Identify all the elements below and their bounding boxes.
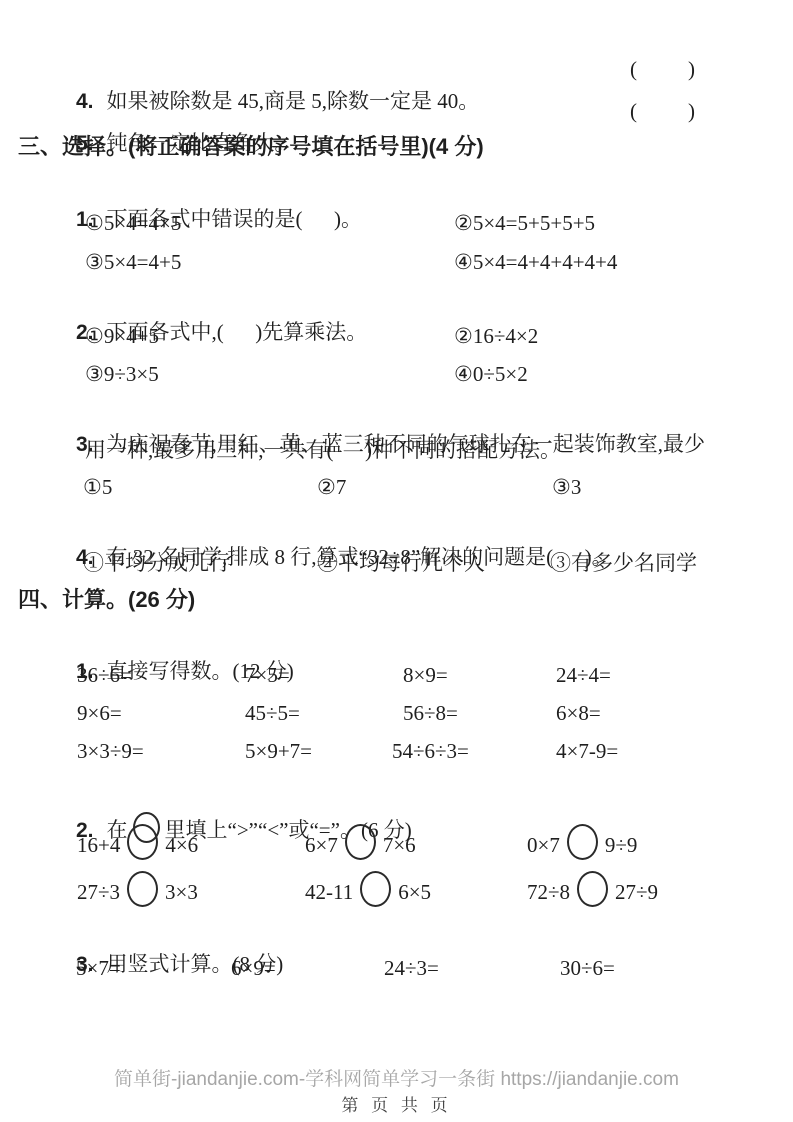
- calc-q2-row-1: 16+44×6 6×77×6 0×79÷9: [0, 824, 793, 866]
- expression: 54÷6÷3=: [392, 735, 469, 767]
- choice-q3-line2: 用一种,最多用三种,一共有( )种不同的搭配方法。: [85, 434, 561, 466]
- calc-q1-row-2: 9×6= 45÷5= 56÷8= 6×8=: [0, 697, 793, 733]
- comparison-right: 6×5: [398, 880, 431, 904]
- judge-item-5-answer-bracket: ( ): [630, 95, 696, 127]
- comparison-circle: [345, 824, 376, 860]
- comparison-right: 4×6: [165, 833, 198, 857]
- choice-q2-options-row-1: ①9×4+5 ②16÷4×2: [0, 320, 793, 356]
- expression: 5×9+7=: [245, 735, 312, 767]
- expression: 24÷3=: [384, 952, 439, 984]
- expression: 8×9=: [403, 659, 448, 691]
- choice-q1-options-row-2: ③5×4=4+5 ④5×4=4+4+4+4+4: [0, 246, 793, 282]
- comparison-circle: [360, 871, 391, 907]
- choice-q3-options-row: ①5 ②7 ③3: [0, 471, 793, 507]
- option: ②7: [317, 471, 346, 503]
- option: ④5×4=4+4+4+4+4: [454, 246, 617, 278]
- comparison-right: 9÷9: [605, 833, 638, 857]
- option: ②16÷4×2: [454, 320, 538, 352]
- comparison: 16+44×6: [77, 824, 198, 861]
- option: ③有多少名同学: [550, 547, 697, 579]
- option: ①平均分成几行: [83, 547, 230, 579]
- expression: 6×8=: [556, 697, 601, 729]
- footer-page-line: 第 页 共 页: [0, 1090, 793, 1122]
- option: ①9×4+5: [85, 320, 159, 352]
- expression: 4×7-9=: [556, 735, 618, 767]
- option: ④0÷5×2: [454, 358, 528, 390]
- comparison-circle: [567, 824, 598, 860]
- comparison-left: 16+4: [77, 833, 120, 857]
- comparison-left: 42-11: [305, 880, 353, 904]
- expression: 30÷6=: [560, 952, 615, 984]
- expression: 9×6=: [77, 697, 122, 729]
- expression: 7×5=: [245, 659, 290, 691]
- expression: 56÷8=: [403, 697, 458, 729]
- comparison-left: 0×7: [527, 833, 560, 857]
- comparison-circle: [127, 824, 158, 860]
- comparison-left: 72÷8: [527, 880, 570, 904]
- comparison-right: 27÷9: [615, 880, 658, 904]
- comparison-left: 27÷3: [77, 880, 120, 904]
- option: ③3: [552, 471, 581, 503]
- expression: 45÷5=: [245, 697, 300, 729]
- expression: 36÷6=: [77, 659, 132, 691]
- choice-q2-options-row-2: ③9÷3×5 ④0÷5×2: [0, 358, 793, 394]
- option: ③5×4=4+5: [85, 246, 181, 278]
- option: ①5×4=4×5: [85, 207, 181, 239]
- comparison: 27÷33×3: [77, 871, 198, 908]
- expression: 24÷4=: [556, 659, 611, 691]
- judge-item-4-answer-bracket: ( ): [630, 53, 696, 85]
- option: ②5×4=5+5+5+5: [454, 207, 595, 239]
- calc-q2-row-2: 27÷33×3 42-116×5 72÷827÷9: [0, 871, 793, 913]
- comparison-circle: [127, 871, 158, 907]
- comparison-right: 7×6: [383, 833, 416, 857]
- option: ①5: [83, 471, 112, 503]
- expression: 6×9=: [231, 952, 276, 984]
- option: ③9÷3×5: [85, 358, 159, 390]
- comparison: 0×79÷9: [527, 824, 637, 861]
- worksheet-page: 4.如果被除数是 45,商是 5,除数一定是 40。 ( ) 5.钝角一定比直角…: [0, 0, 793, 1122]
- expression: 3×3÷9=: [77, 735, 144, 767]
- choice-q1-options-row-1: ①5×4=4×5 ②5×4=5+5+5+5: [0, 207, 793, 243]
- comparison-right: 3×3: [165, 880, 198, 904]
- option: ②平均每行几个人: [317, 547, 485, 579]
- choice-q4-options-row: ①平均分成几行 ②平均每行几个人 ③有多少名同学: [0, 547, 793, 583]
- calc-q1-row-1: 36÷6= 7×5= 8×9= 24÷4=: [0, 659, 793, 695]
- comparison: 42-116×5: [305, 871, 431, 908]
- comparison: 6×77×6: [305, 824, 416, 861]
- section-choice-heading: 三、选择。(将正确答案的序号填在括号里)(4 分): [18, 131, 484, 163]
- comparison-circle: [577, 871, 608, 907]
- comparison: 72÷827÷9: [527, 871, 658, 908]
- section-calc-heading: 四、计算。(26 分): [18, 584, 195, 616]
- calc-q1-row-3: 3×3÷9= 5×9+7= 54÷6÷3= 4×7-9=: [0, 735, 793, 771]
- comparison-left: 6×7: [305, 833, 338, 857]
- calc-q3-row: 5×7= 6×9= 24÷3= 30÷6=: [0, 952, 793, 988]
- expression: 5×7=: [76, 952, 121, 984]
